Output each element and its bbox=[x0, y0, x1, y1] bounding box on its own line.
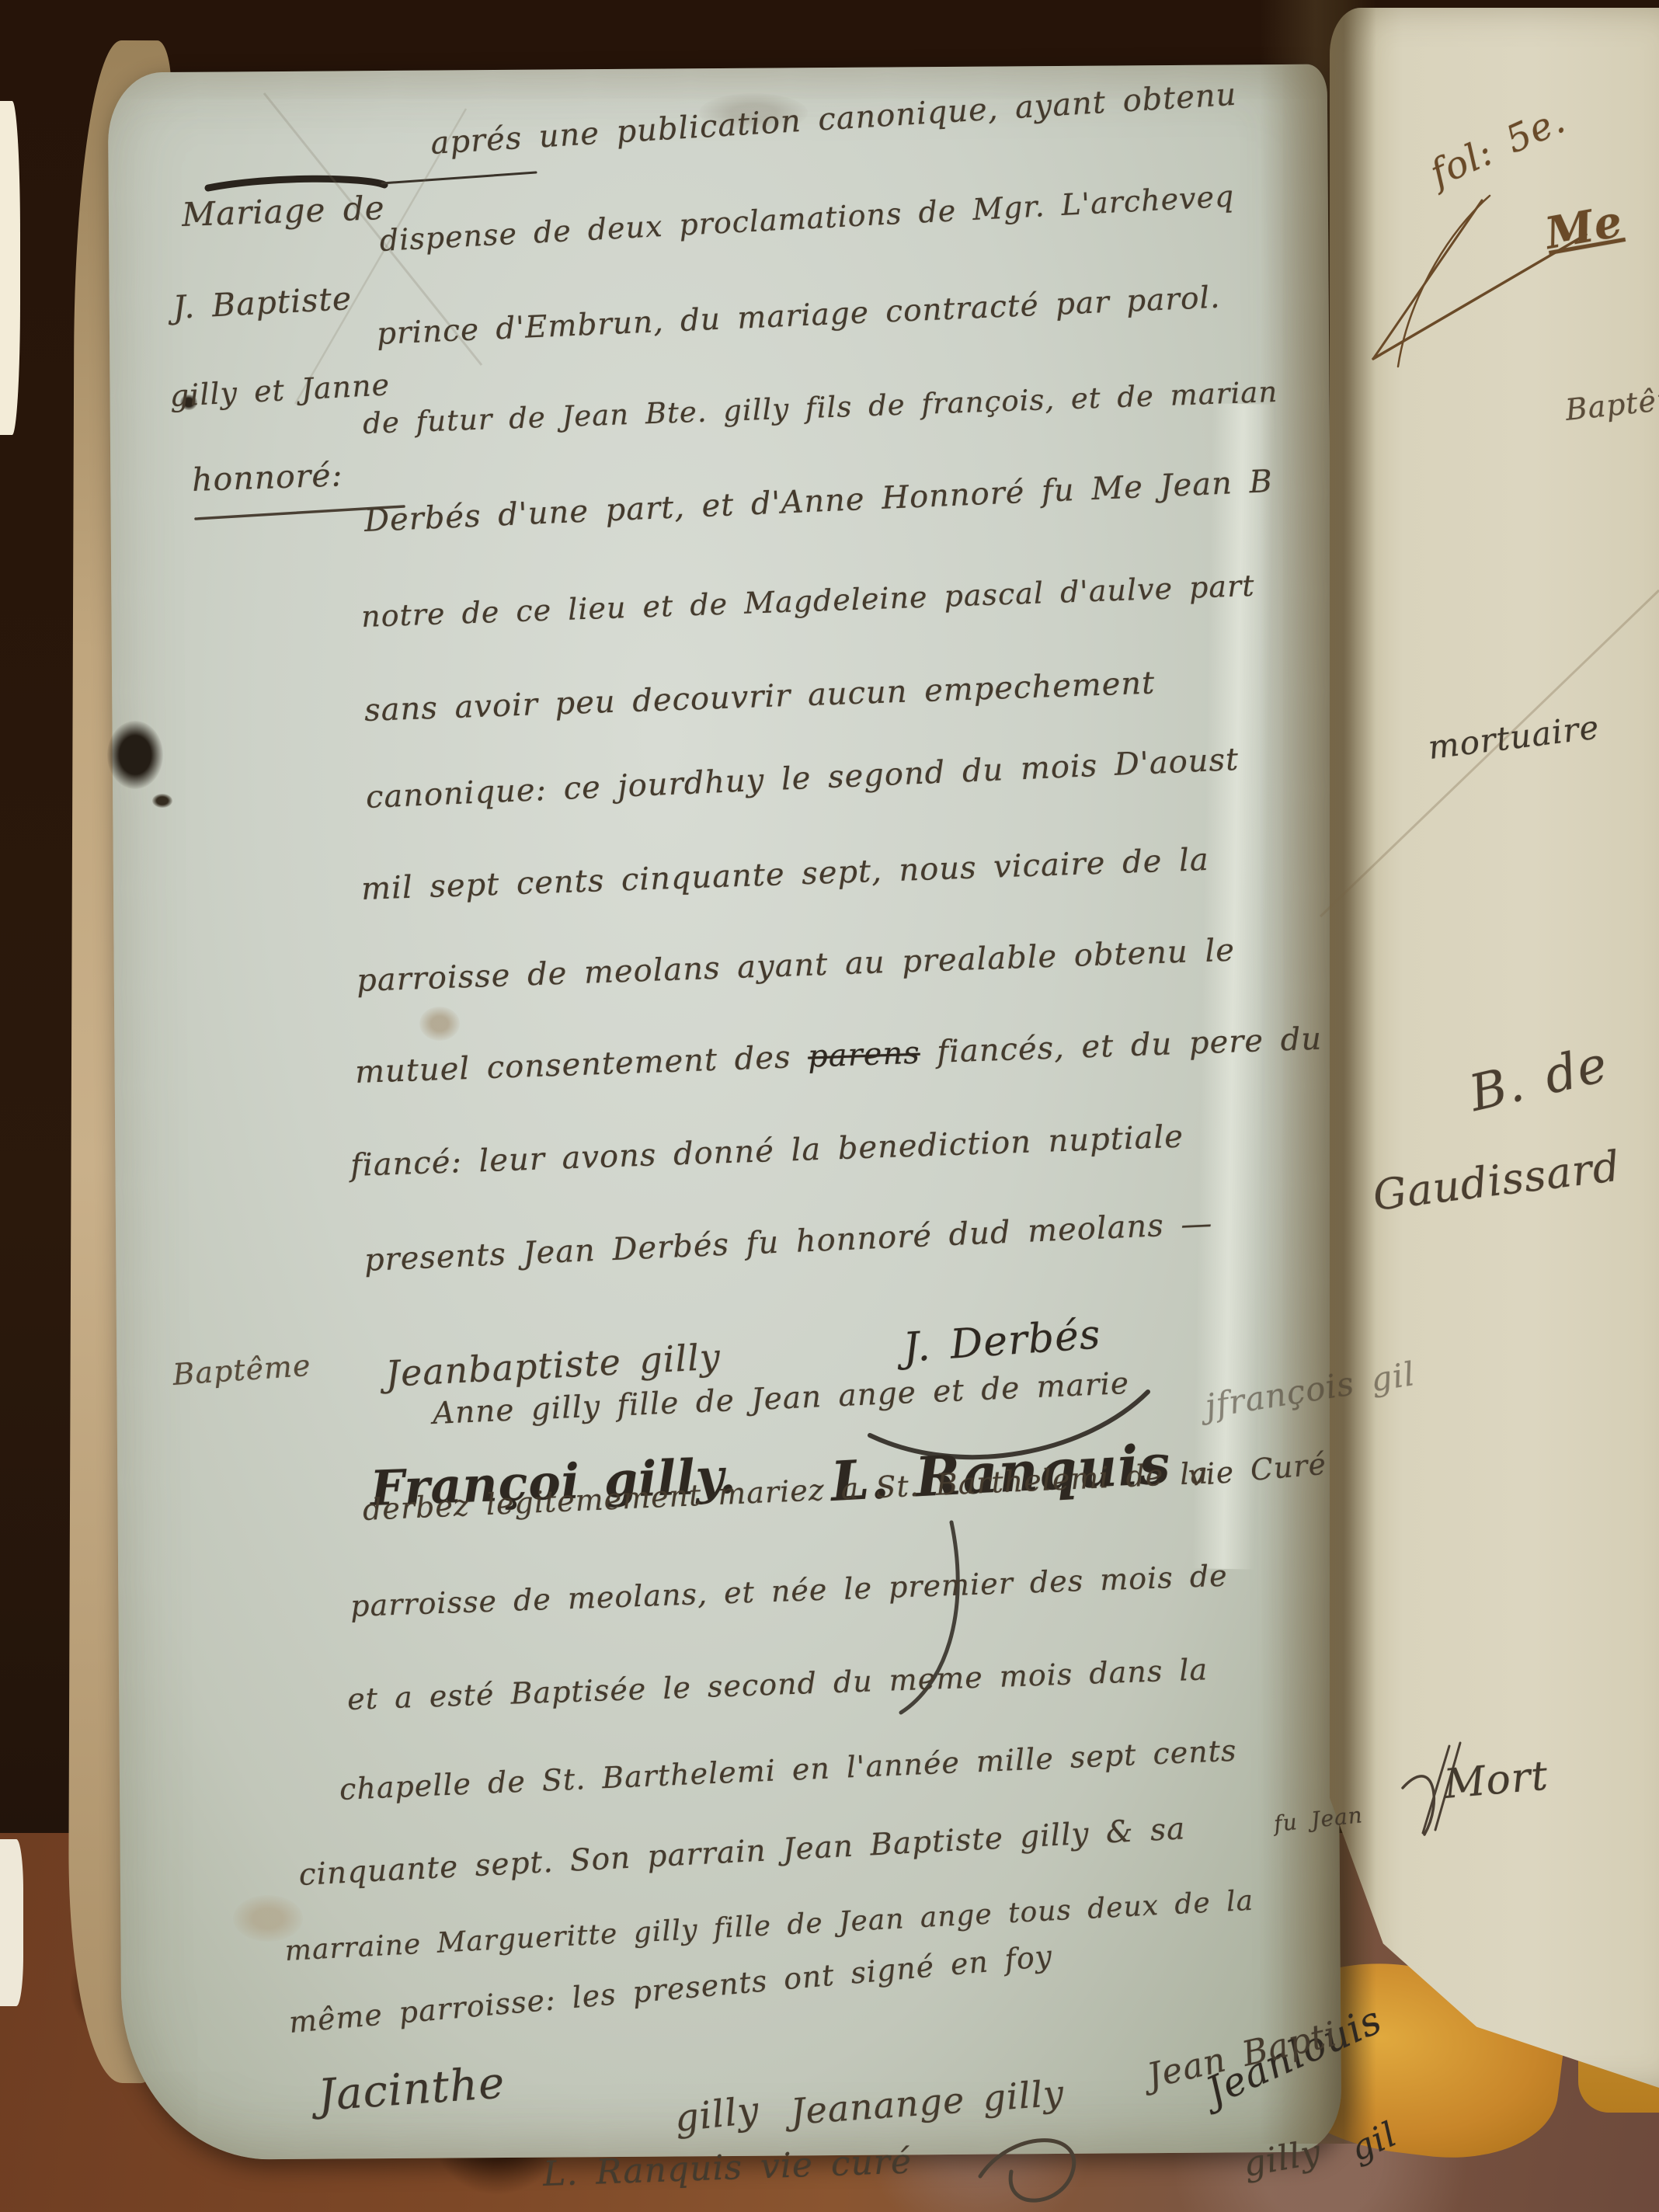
struck-word: parens bbox=[807, 1035, 920, 1075]
right-margin-mort: Mort bbox=[1442, 1753, 1550, 1808]
margin-note-marriage-4: honnoré: bbox=[191, 456, 343, 499]
bottom-loop-flourish bbox=[980, 2141, 1074, 2200]
margin-overline bbox=[208, 179, 384, 188]
mort-flourish bbox=[1403, 1776, 1434, 1835]
margin-overline-thin bbox=[382, 172, 536, 183]
margin-note-marriage-1: Mariage de bbox=[181, 189, 385, 234]
folio-tail bbox=[1398, 196, 1490, 367]
photo-parish-register: Mariage de J. Baptiste gilly et Janne ho… bbox=[0, 0, 1659, 2212]
signature-jacinthe-gilly: gilly bbox=[673, 2089, 761, 2141]
